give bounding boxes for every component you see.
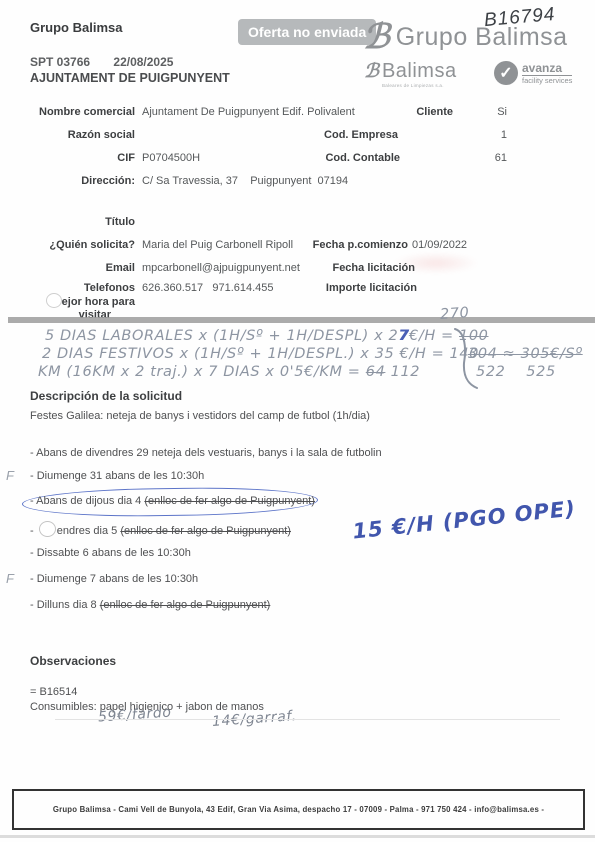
balimsa-logo-subtext: Baleares de Limpiezas s.a. xyxy=(382,83,457,88)
spt-number: SPT 03766 xyxy=(30,55,90,69)
cif-label: CIF xyxy=(0,152,135,164)
handwritten-new-total: 522 525 xyxy=(476,364,556,380)
avanza-logo-text: avanza xyxy=(522,62,572,76)
list-item: - Abans de divendres 29 neteja dels vest… xyxy=(30,447,382,459)
titulo-label: Título xyxy=(0,216,135,228)
handwritten-calc-line1: 5 DIAS LABORALES x (1H/Sº + 1H/DESPL) x … xyxy=(45,328,489,344)
handwritten-rate-note: 15 €/H (PGO OPE) xyxy=(351,496,577,543)
bottom-scan-bar xyxy=(0,835,595,838)
handwritten-calc-line2: 2 DIAS FESTIVOS x (1H/Sº + 1H/DESPL.) x … xyxy=(42,346,479,362)
avanza-logo-subtext: facility services xyxy=(522,76,572,85)
avanza-check-icon: ✓ xyxy=(494,61,518,85)
company-name: Grupo Balimsa xyxy=(30,20,122,35)
cod-empresa-value: 1 xyxy=(480,129,507,141)
list-item: - Dilluns dia 8 (enlloc de fer algo de P… xyxy=(30,599,270,611)
email-label: Email xyxy=(0,262,135,274)
balimsa-b-small-icon: ℬ xyxy=(364,60,379,83)
cod-contable-label: Cod. Contable xyxy=(300,152,400,164)
fecha-comienzo-label: Fecha p.comienzo xyxy=(308,239,408,251)
avanza-logo: ✓ avanza facility services xyxy=(494,61,572,85)
spt-row: SPT 03766 22/08/2025 xyxy=(30,55,173,69)
client-title: AJUNTAMENT DE PUIGPUNYENT xyxy=(30,71,230,85)
cif-value: P0704500H xyxy=(142,152,200,164)
list-item: - endres dia 5 (enlloc de fer algo de Pu… xyxy=(30,521,291,537)
fecha-comienzo-value: 01/09/2022 xyxy=(412,239,467,251)
white-circle-artifact xyxy=(46,293,62,308)
description-intro: Festes Galilea: neteja de banys i vestid… xyxy=(30,410,370,422)
offer-date: 22/08/2025 xyxy=(113,55,173,69)
nombre-comercial-label: Nombre comercial xyxy=(0,106,135,118)
razon-social-label: Razón social xyxy=(0,129,135,141)
direccion-value: C/ Sa Travessia, 37 Puigpunyent 07194 xyxy=(142,175,348,187)
margin-check-mark: F xyxy=(6,468,14,483)
list-item: - Diumenge 31 abans de les 10:30h xyxy=(30,470,204,482)
quien-solicita-value: Maria del Puig Carbonell Ripoll xyxy=(142,239,293,251)
email-value: mpcarbonell@ajpuigpunyent.net xyxy=(142,262,300,274)
balimsa-b-icon: ℬ xyxy=(363,22,390,52)
observations-ref: = B16514 xyxy=(30,686,77,698)
description-heading: Descripción de la solicitud xyxy=(30,389,182,403)
handwritten-total-270: 270 xyxy=(439,305,470,323)
balimsa-logo: ℬ Balimsa Baleares de Limpiezas s.a. xyxy=(364,60,457,88)
importe-licitacion-label: Importe licitación xyxy=(317,282,417,294)
margin-check-mark: F xyxy=(6,571,14,586)
handwritten-old-total: 304 ≈ 305€/Sº xyxy=(468,346,583,362)
faint-scan-line xyxy=(55,719,560,720)
status-badge[interactable]: Oferta no enviada xyxy=(238,19,376,45)
fecha-licitacion-label: Fecha licitación xyxy=(315,262,415,274)
cliente-label: Cliente xyxy=(353,106,453,118)
scan-artifact-band xyxy=(8,317,595,323)
nombre-comercial-value: Ajuntament De Puigpunyent Edif. Polivale… xyxy=(142,106,355,118)
list-item: - Dissabte 6 abans de les 10:30h xyxy=(30,547,191,559)
list-item: - Diumenge 7 abans de les 10:30h xyxy=(30,573,198,585)
telefonos-value: 626.360.517 971.614.455 xyxy=(142,282,274,294)
balimsa-logo-text: Balimsa xyxy=(382,60,457,83)
grupo-balimsa-logo-text: Grupo Balimsa xyxy=(396,23,568,52)
grupo-balimsa-logo: ℬ Grupo Balimsa xyxy=(363,22,568,52)
handwritten-calc-line3: KM (16KM x 2 traj.) x 7 DIAS x 0'5€/KM =… xyxy=(38,364,420,380)
scanned-offer-document: Grupo Balimsa Oferta no enviada B16794 ℬ… xyxy=(0,0,595,842)
cod-empresa-label: Cod. Empresa xyxy=(298,129,398,141)
cod-contable-value: 61 xyxy=(480,152,507,164)
quien-solicita-label: ¿Quién solicita? xyxy=(0,239,135,251)
footer-address: Grupo Balimsa - Cami Vell de Bunyola, 43… xyxy=(53,805,544,814)
list-item: - Abans de dijous dia 4 (enlloc de fer a… xyxy=(30,495,315,507)
footer-box: Grupo Balimsa - Cami Vell de Bunyola, 43… xyxy=(12,789,585,830)
direccion-label: Dirección: xyxy=(0,175,135,187)
observations-heading: Observaciones xyxy=(30,654,116,668)
blue-overwritten-7: 7 xyxy=(398,328,409,344)
white-circle-artifact xyxy=(39,521,56,537)
cliente-value: Si xyxy=(480,106,507,118)
